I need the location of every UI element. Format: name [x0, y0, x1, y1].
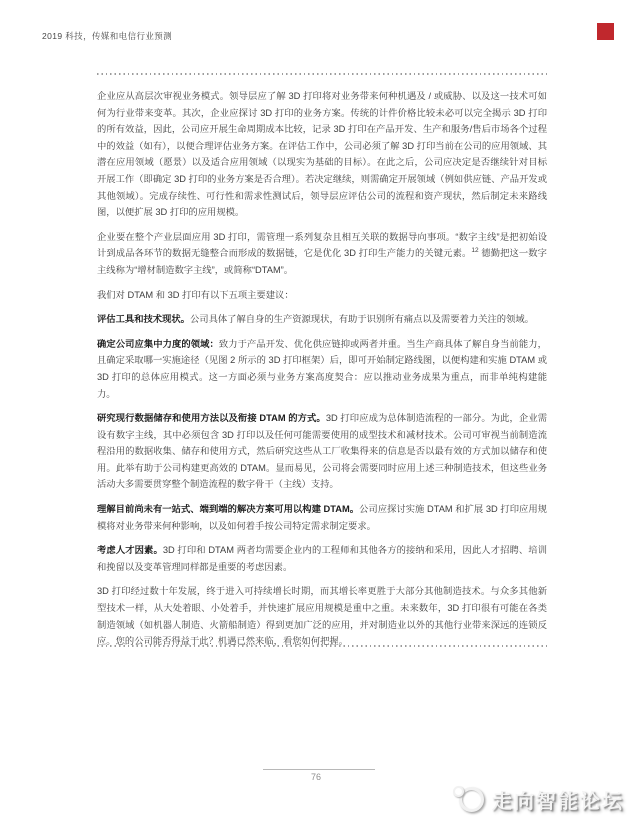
main-text-column: 企业应从高层次审视业务模式。领导层应了解 3D 打印将对业务带来何种机遇及 / …: [97, 73, 547, 658]
recommendation-lead-4: 理解目前尚未有一站式、端到端的解决方案可用以构建 DTAM。: [97, 504, 359, 514]
chapter-marker-square: [597, 23, 614, 40]
forum-logo-icon: [459, 787, 484, 812]
recommendations-intro: 我们对 DTAM 和 3D 打印有以下五项主要建议：: [97, 287, 547, 304]
recommendation-item-2: 确定公司应集中力度的领域：致力于产品开发、优化供应链抑或两者并重。当生产商具体了…: [97, 336, 547, 402]
dotted-divider-bottom: [97, 645, 547, 647]
page-header-title: 2019 科技，传媒和电信行业预测: [42, 30, 172, 42]
recommendation-item-4: 理解目前尚未有一站式、端到端的解决方案可用以构建 DTAM。公司应探讨实施 DT…: [97, 501, 547, 534]
recommendation-lead-5: 考虑人才因素。: [97, 545, 163, 555]
paragraph-digital-thread: 企业要在整个产业层面应用 3D 打印，需管理一系列复杂且相互关联的数据导向事项。…: [97, 229, 547, 279]
watermark: 走向智能论坛: [459, 784, 628, 814]
recommendation-lead-1: 评估工具和技术现状。: [97, 314, 190, 324]
recommendation-lead-3: 研究现行数据储存和使用方法以及衔接 DTAM 的方式。: [97, 413, 326, 423]
paragraph-closing: 3D 打印经过数十年发展，终于进入可持续增长时期，而其增长率更胜于大部分其他制造…: [97, 583, 547, 649]
recommendation-body-1: 公司具体了解自身的生产资源现状，有助于识别所有痛点以及需要着力关注的领域。: [190, 314, 534, 324]
recommendation-item-3: 研究现行数据储存和使用方法以及衔接 DTAM 的方式。3D 打印应成为总体制造流…: [97, 410, 547, 493]
recommendation-item-1: 评估工具和技术现状。公司具体了解自身的生产资源现状，有助于识别所有痛点以及需要着…: [97, 311, 547, 328]
footer-rule: [263, 769, 375, 770]
recommendation-lead-2: 确定公司应集中力度的领域：: [97, 339, 219, 349]
footnote-ref-12: 12: [471, 247, 478, 254]
watermark-text: 走向智能论坛: [492, 785, 624, 814]
dotted-divider-top: [97, 73, 547, 75]
recommendation-body-5: 3D 打印和 DTAM 两者均需要企业内的工程师和其他各方的接纳和采用，因此人才…: [97, 545, 547, 572]
paragraph-business-model: 企业应从高层次审视业务模式。领导层应了解 3D 打印将对业务带来何种机遇及 / …: [97, 88, 547, 221]
recommendation-body-3: 3D 打印应成为总体制造流程的一部分。为此，企业需设有数字主线，其中必须包含 3…: [97, 413, 547, 489]
recommendation-item-5: 考虑人才因素。3D 打印和 DTAM 两者均需要企业内的工程师和其他各方的接纳和…: [97, 542, 547, 575]
page-number: 76: [0, 772, 632, 782]
